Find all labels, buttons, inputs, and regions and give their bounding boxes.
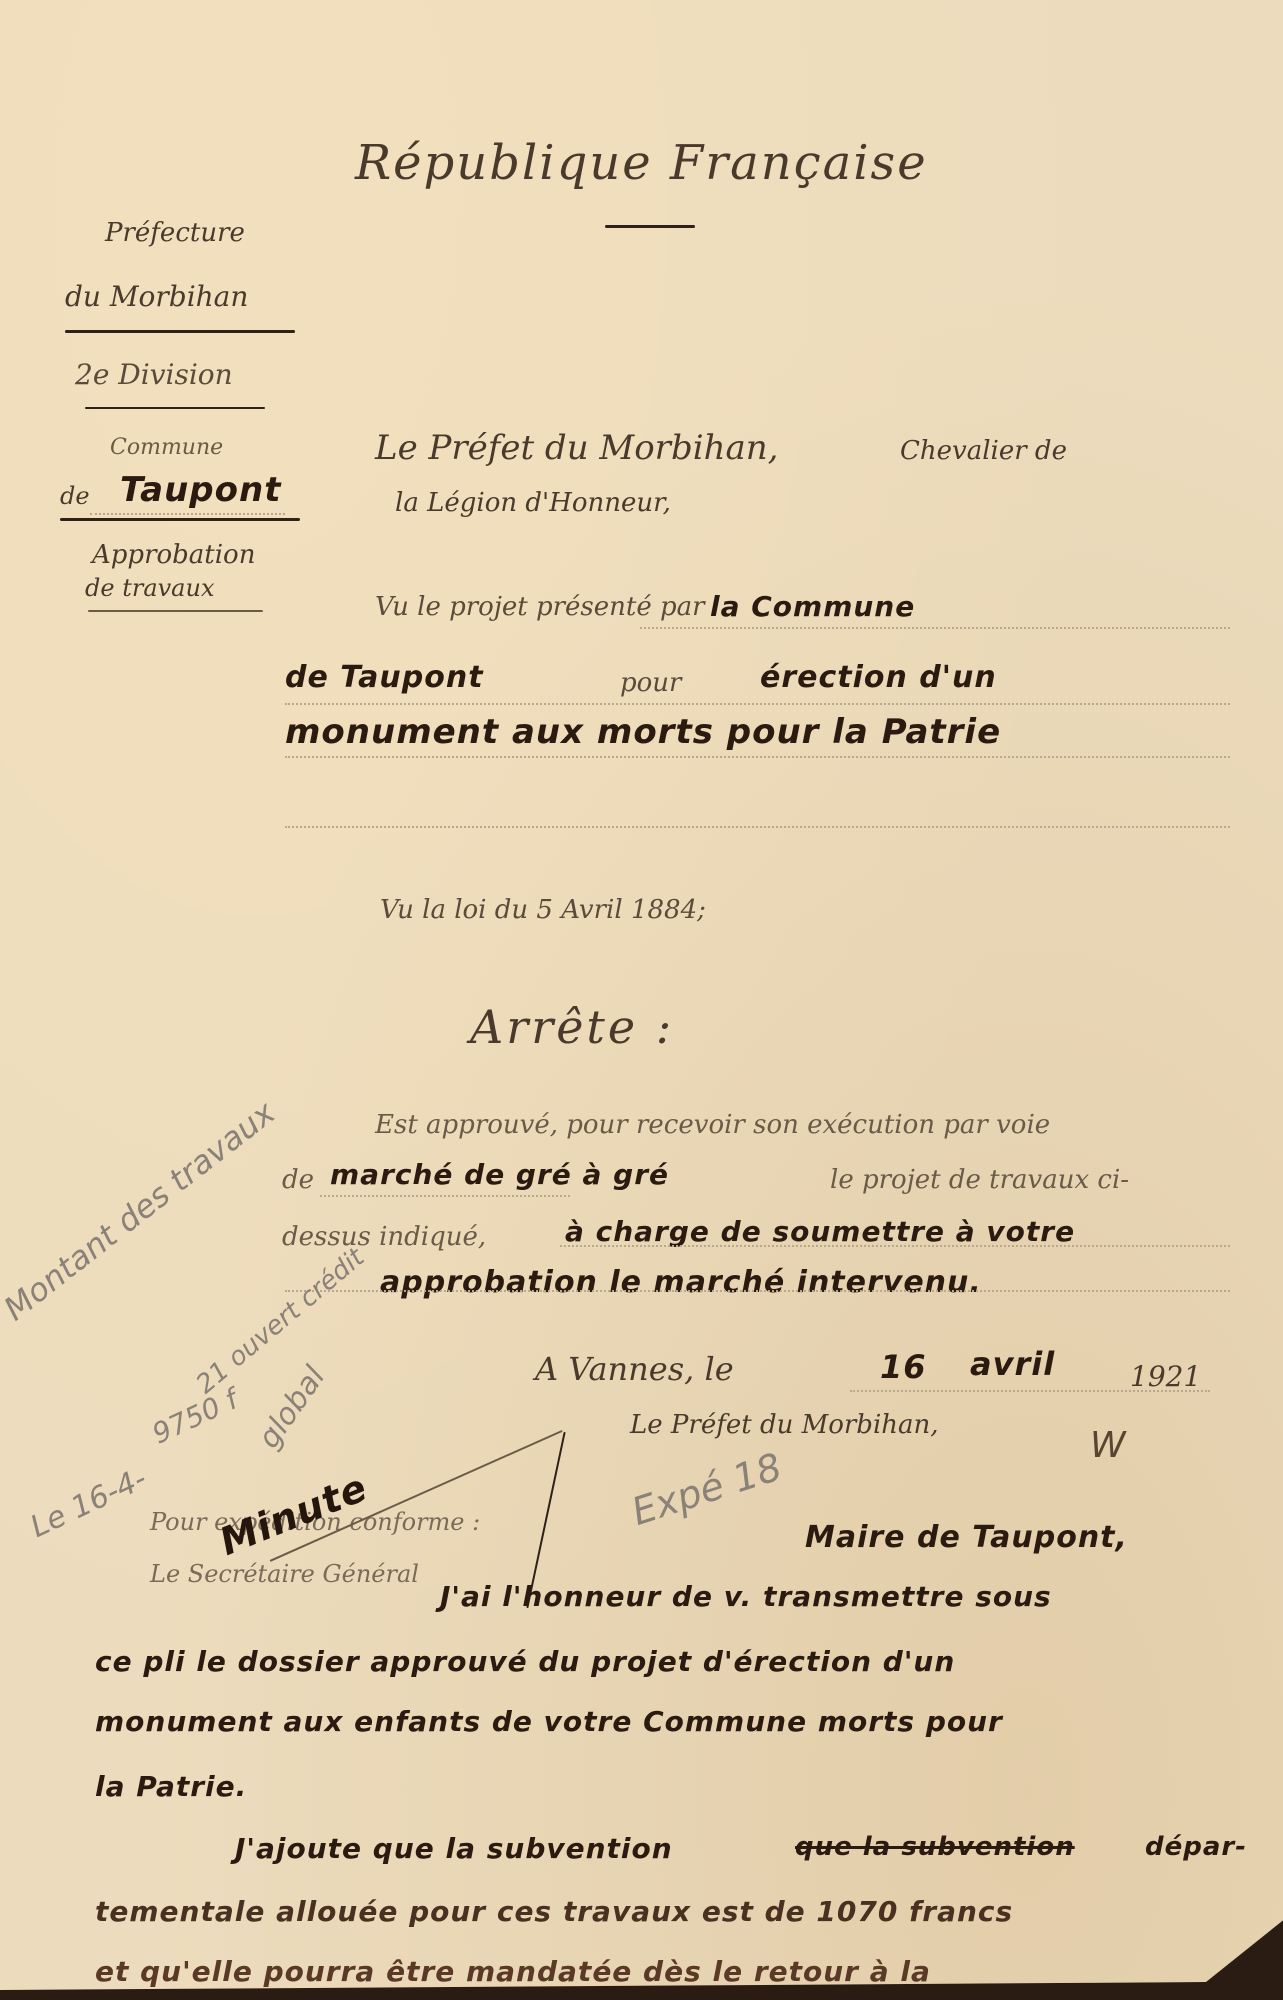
letter-line-2: ce pli le dossier approuvé du projet d'é… bbox=[95, 1645, 955, 1678]
margin-commune-prefix: de bbox=[60, 482, 90, 510]
pencil-note-amount: 9750 f bbox=[147, 1383, 243, 1451]
date-year: 1921 bbox=[1130, 1360, 1201, 1393]
margin-subject-2: de travaux bbox=[85, 574, 214, 602]
margin-morbihan: du Morbihan bbox=[65, 280, 248, 313]
dots-arrete-3 bbox=[285, 1290, 1230, 1292]
margin-prefecture: Préfecture bbox=[105, 218, 245, 248]
vu-projet-commune: la Commune bbox=[710, 590, 915, 623]
vu-projet-taupont: de Taupont bbox=[285, 660, 484, 695]
letter-line-5a: J'ajoute que la subvention bbox=[235, 1832, 673, 1865]
dots-line-4 bbox=[285, 826, 1230, 828]
document-page: République Française Préfecture du Morbi… bbox=[0, 0, 1283, 1990]
letter-line-5b: dépar- bbox=[1145, 1832, 1247, 1862]
date-day: 16 bbox=[880, 1348, 927, 1386]
margin-commune-dots bbox=[90, 513, 285, 515]
document-title: République Française bbox=[355, 135, 928, 191]
date-month: avril bbox=[970, 1345, 1055, 1383]
letter-line-7: et qu'elle pourra être mandatée dès le r… bbox=[95, 1955, 931, 1988]
pencil-note-expe: Expé 18 bbox=[626, 1444, 786, 1534]
prefect-header-2: la Légion d'Honneur, bbox=[395, 488, 671, 518]
margin-rule-1 bbox=[65, 330, 295, 333]
dots-line-3 bbox=[285, 756, 1230, 758]
letter-line-4: la Patrie. bbox=[95, 1770, 247, 1803]
dots-line-2 bbox=[285, 703, 1230, 705]
vu-projet-pour: pour bbox=[620, 668, 681, 698]
letter-line-5-struck: que la subvention bbox=[795, 1832, 1075, 1862]
letter-line-1: J'ai l'honneur de v. transmettre sous bbox=[440, 1580, 1052, 1613]
arrete-dessus: dessus indiqué, bbox=[282, 1222, 486, 1252]
dots-arrete-1 bbox=[320, 1195, 570, 1197]
dots-line-1 bbox=[640, 627, 1230, 629]
date-place: A Vannes, le bbox=[535, 1350, 734, 1388]
letter-line-6: tementale allouée pour ces travaux est d… bbox=[95, 1895, 1013, 1928]
pencil-initials: W bbox=[1090, 1425, 1127, 1466]
pencil-note-credit: 21 ouvert crédit bbox=[191, 1243, 371, 1400]
letter-addressee: Maire de Taupont, bbox=[805, 1520, 1128, 1555]
letter-line-3: monument aux enfants de votre Commune mo… bbox=[95, 1705, 1003, 1738]
pencil-note-montant: Montant des travaux bbox=[0, 1093, 282, 1328]
title-underline bbox=[605, 225, 695, 228]
vu-loi: Vu la loi du 5 Avril 1884; bbox=[380, 895, 706, 925]
prefect-header-1: Le Préfet du Morbihan, bbox=[375, 428, 778, 468]
arrete-de: de bbox=[282, 1165, 314, 1195]
prefect-header-1b: Chevalier de bbox=[900, 436, 1067, 466]
vu-projet-erection: érection d'un bbox=[760, 660, 997, 695]
arrete-approbation: approbation le marché intervenu. bbox=[380, 1265, 982, 1300]
dots-date bbox=[850, 1390, 1210, 1392]
margin-commune-label: Commune bbox=[110, 435, 223, 460]
vu-projet-printed: Vu le projet présenté par bbox=[375, 592, 705, 622]
margin-subject-1: Approbation bbox=[92, 540, 255, 570]
pencil-note-global: global bbox=[251, 1360, 332, 1455]
arrete-marche: marché de gré à gré bbox=[330, 1158, 669, 1191]
margin-division: 2e Division bbox=[75, 358, 233, 391]
dots-arrete-2 bbox=[560, 1245, 1230, 1247]
arrete-line-1: Est approuvé, pour recevoir son exécutio… bbox=[375, 1110, 1050, 1140]
arrete-projet: le projet de travaux ci- bbox=[830, 1165, 1129, 1195]
certification-line-2: Le Secrétaire Général bbox=[150, 1560, 419, 1588]
arrete-charge: à charge de soumettre à votre bbox=[565, 1215, 1075, 1248]
margin-rule-4 bbox=[88, 610, 263, 612]
pencil-note-date: Le 16-4- bbox=[25, 1461, 152, 1545]
arrete-heading: Arrête : bbox=[470, 1000, 674, 1054]
margin-rule-2 bbox=[85, 407, 265, 409]
margin-commune-name: Taupont bbox=[120, 470, 281, 510]
signatory: Le Préfet du Morbihan, bbox=[630, 1410, 939, 1440]
vu-projet-monument: monument aux morts pour la Patrie bbox=[285, 712, 1001, 752]
margin-rule-3 bbox=[60, 518, 300, 521]
